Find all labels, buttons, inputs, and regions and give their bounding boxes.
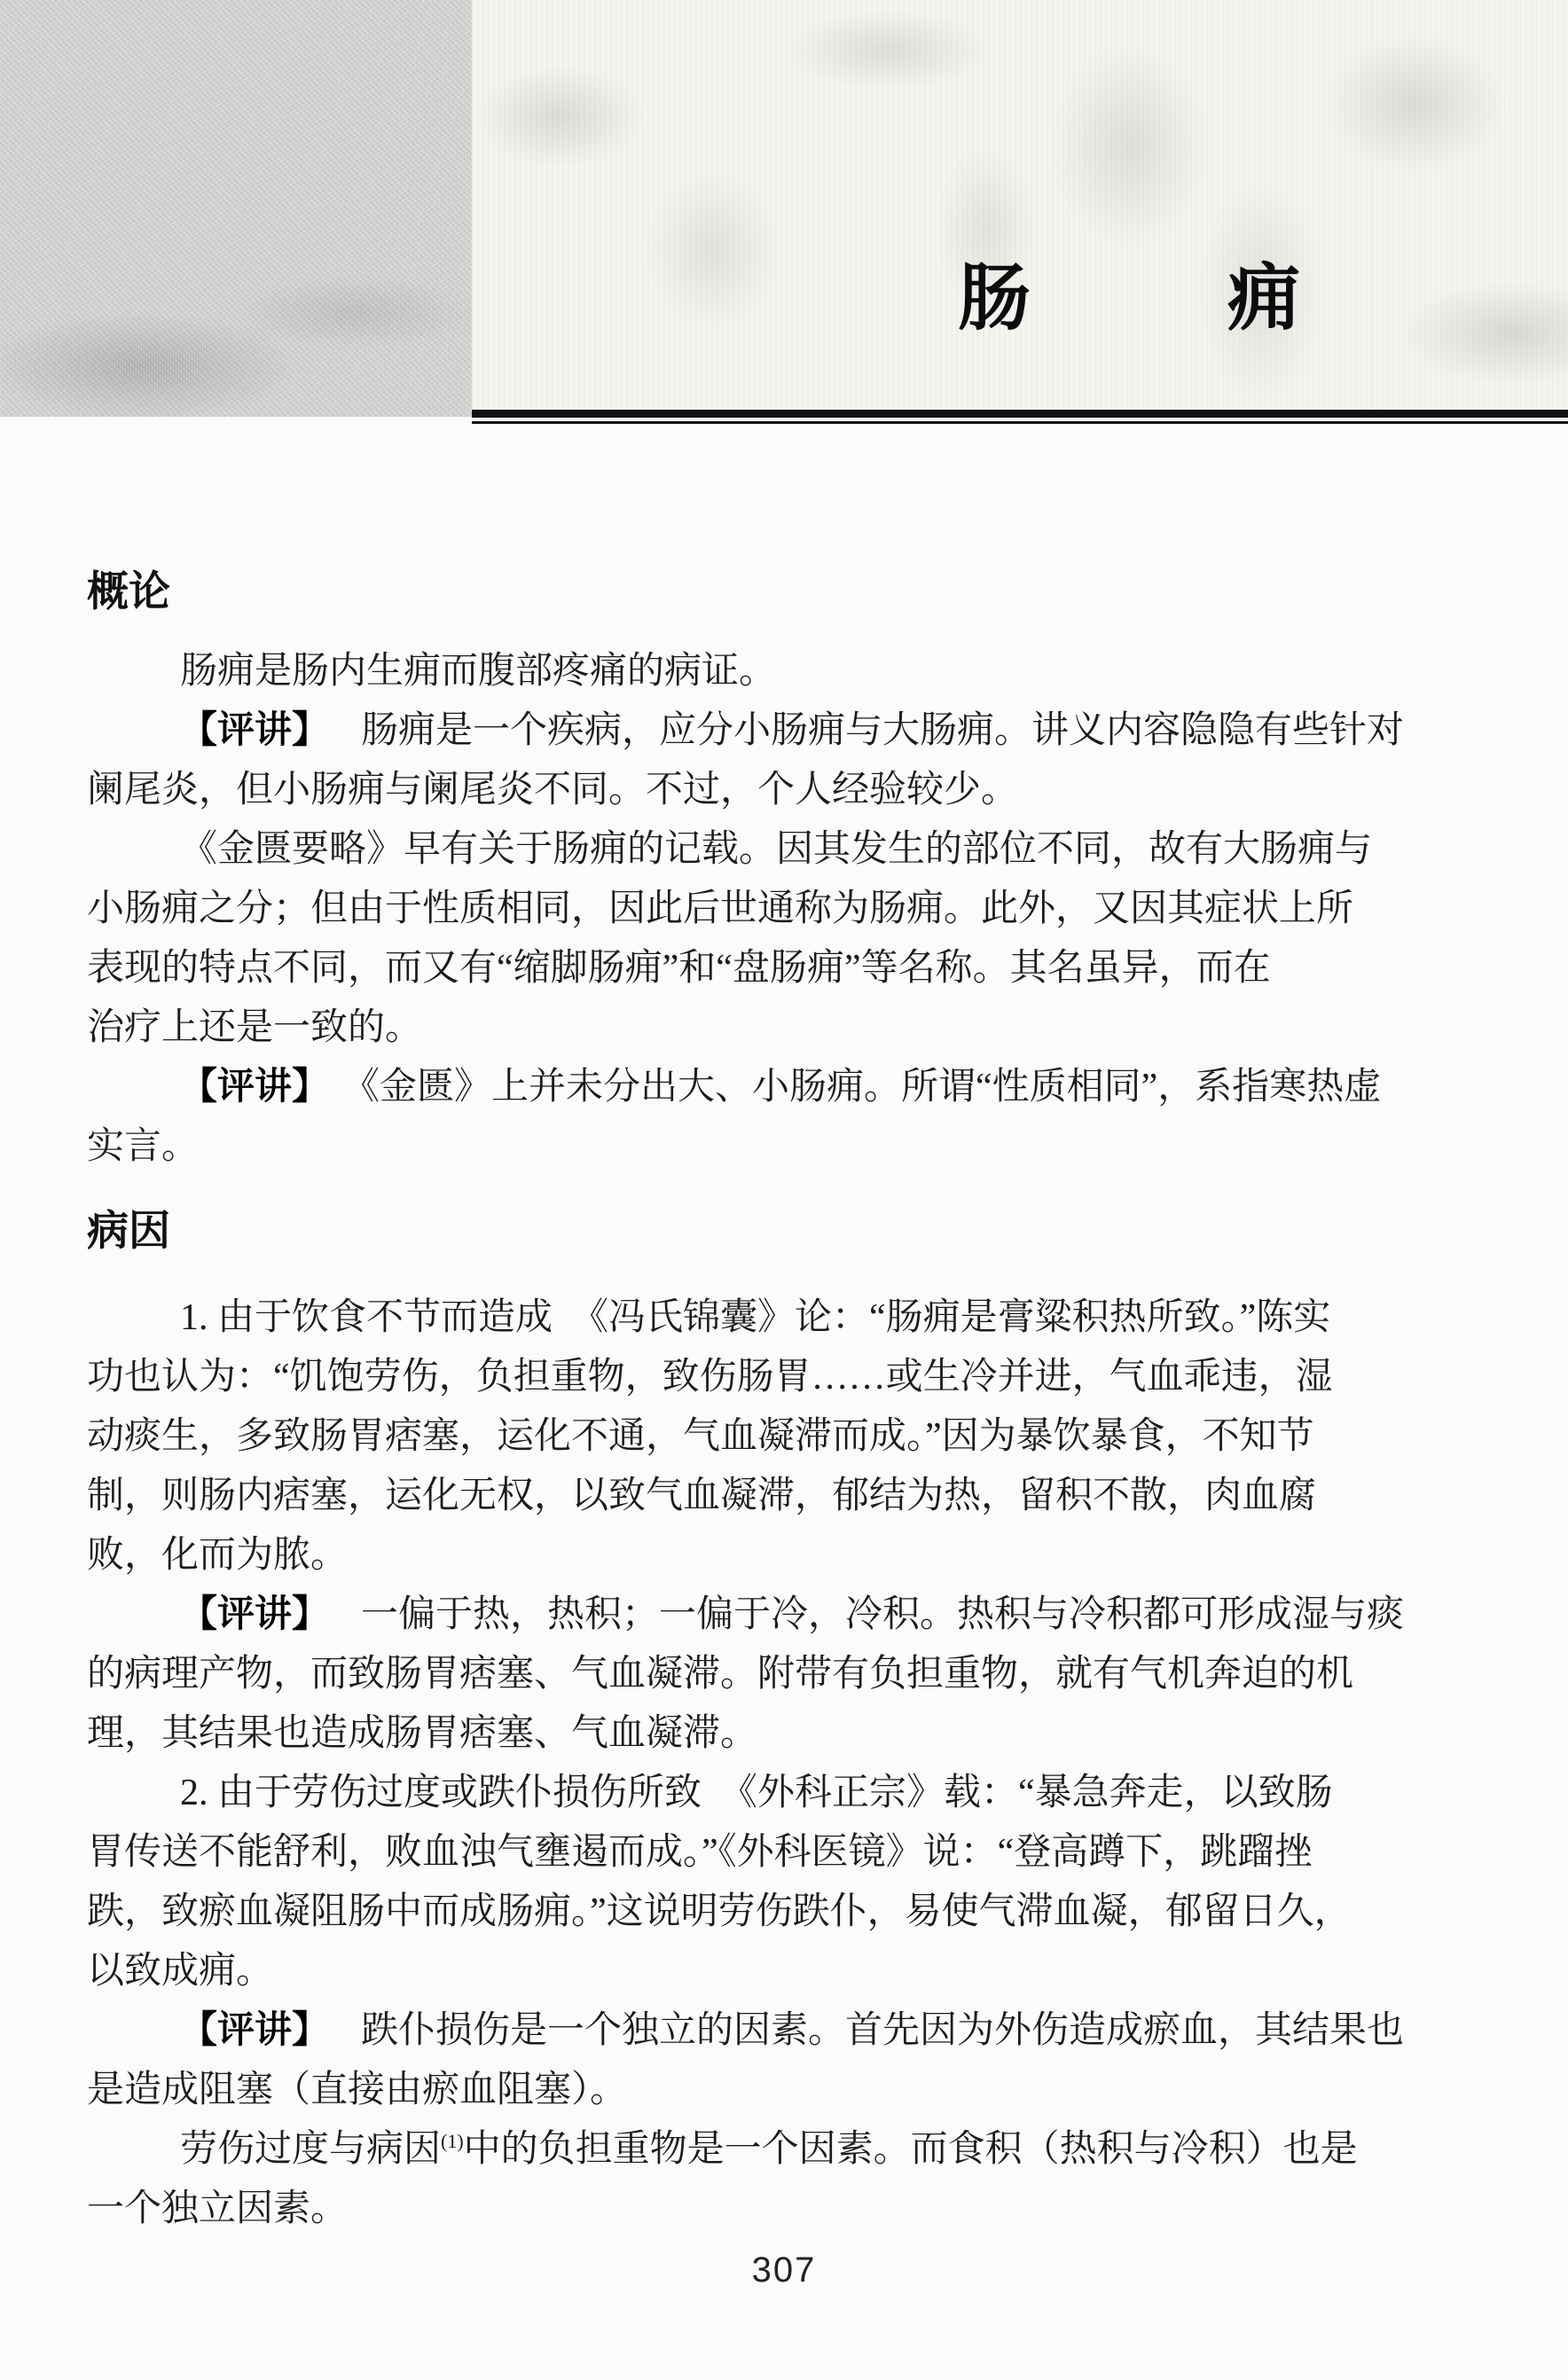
page-footer: 307 [0, 2251, 1568, 2290]
text-line-with-footnote: 劳伤过度与病因(1)中的负担重物是一个因素。而食积（热积与冷积）也是 [87, 2120, 1486, 2180]
commentary-line: 【评讲】《金匮》上并未分出大、小肠痈。所谓“性质相同”，系指寒热虚 [87, 1058, 1486, 1117]
text-line: 阑尾炎，但小肠痈与阑尾炎不同。不过，个人经验较少。 [87, 761, 1486, 820]
text-line: 1. 由于饮食不节而造成 《冯氏锦囊》论：“肠痈是膏粱积热所致。”陈实 [87, 1288, 1486, 1348]
text-line: 动痰生，多致肠胃痞塞，运化不通，气血凝滞而成。”因为暴饮暴食，不知节 [87, 1407, 1486, 1467]
footnote-ref: (1) [441, 2130, 464, 2152]
section-heading-etiology: 病因 [87, 1207, 1486, 1257]
text-line: 败，化而为脓。 [87, 1526, 1486, 1585]
text-line: 肠痈是肠内生痈而腹部疼痛的病证。 [87, 642, 1486, 701]
header-artwork: 肠 痈 [472, 0, 1568, 417]
text-segment: 中的负担重物是一个因素。而食积（热积与冷积）也是 [464, 2129, 1358, 2170]
commentary-label: 【评讲】 [180, 1594, 329, 1635]
commentary-text: 《金匮》上并未分出大、小肠痈。所谓“性质相同”，系指寒热虚 [361, 1067, 1381, 1108]
text-segment: 劳伤过度与病因 [180, 2129, 441, 2170]
commentary-line: 【评讲】一偏于热，热积；一偏于冷，冷积。热积与冷积都可形成湿与痰 [87, 1585, 1486, 1645]
text-line: 2. 由于劳伤过度或跌仆损伤所致 《外科正宗》载：“暴急奔走，以致肠 [87, 1764, 1486, 1823]
commentary-label: 【评讲】 [180, 710, 329, 751]
text-line: 的病理产物，而致肠胃痞塞、气血凝滞。附带有负担重物，就有气机奔迫的机 [87, 1645, 1486, 1704]
text-line: 功也认为：“饥饱劳伤，负担重物，致伤肠胃……或生冷并进，气血乖违，湿 [87, 1348, 1486, 1407]
commentary-text: 一偏于热，热积；一偏于冷，冷积。热积与冷积都可形成湿与痰 [361, 1594, 1404, 1635]
text-line: 胃传送不能舒利，败血浊气壅遏而成。”《外科医镜》说：“登高蹲下，跳蹓挫 [87, 1823, 1486, 1883]
rule-thick-line [472, 410, 1568, 418]
text-line: 治疗上还是一致的。 [87, 998, 1486, 1058]
text-line: 《金匮要略》早有关于肠痈的记载。因其发生的部位不同，故有大肠痈与 [87, 820, 1486, 880]
text-line: 是造成阻塞（直接由瘀血阻塞）。 [87, 2061, 1486, 2120]
rule-thin-line [472, 421, 1568, 424]
text-line: 表现的特点不同，而又有“缩脚肠痈”和“盘肠痈”等名称。其名虽异，而在 [87, 939, 1486, 998]
book-page: 肠 痈 概论 肠痈是肠内生痈而腹部疼痛的病证。 【评讲】肠痈是一个疾病，应分小肠… [0, 0, 1568, 2380]
text-line: 小肠痈之分；但由于性质相同，因此后世通称为肠痈。此外，又因其症状上所 [87, 880, 1486, 939]
header-texture-left [0, 0, 472, 417]
commentary-text: 肠痈是一个疾病，应分小肠痈与大肠痈。讲义内容隐隐有些针对 [361, 710, 1404, 751]
commentary-text: 跌仆损伤是一个独立的因素。首先因为外伤造成瘀血，其结果也 [361, 2010, 1404, 2051]
text-line: 实言。 [87, 1117, 1486, 1177]
chapter-header: 肠 痈 [0, 0, 1568, 417]
chapter-title-char-1: 肠 [958, 262, 1031, 335]
chapter-title-char-2: 痈 [1227, 262, 1300, 335]
commentary-label: 【评讲】 [180, 1067, 329, 1108]
commentary-line: 【评讲】肠痈是一个疾病，应分小肠痈与大肠痈。讲义内容隐隐有些针对 [87, 701, 1486, 761]
page-number: 307 [752, 2251, 817, 2290]
text-line: 理，其结果也造成肠胃痞塞、气血凝滞。 [87, 1704, 1486, 1764]
text-line: 跌，致瘀血凝阻肠中而成肠痈。”这说明劳伤跌仆，易使气滞血凝，郁留日久， [87, 1883, 1486, 1942]
section-heading-overview: 概论 [87, 568, 1486, 617]
page-body: 概论 肠痈是肠内生痈而腹部疼痛的病证。 【评讲】肠痈是一个疾病，应分小肠痈与大肠… [87, 568, 1486, 2239]
text-line: 以致成痈。 [87, 1942, 1486, 2001]
chapter-title: 肠 痈 [958, 262, 1300, 335]
header-double-rule [472, 410, 1568, 424]
commentary-line: 【评讲】跌仆损伤是一个独立的因素。首先因为外伤造成瘀血，其结果也 [87, 2001, 1486, 2061]
commentary-label: 【评讲】 [180, 2010, 329, 2051]
text-line: 一个独立因素。 [87, 2180, 1486, 2239]
text-line: 制，则肠内痞塞，运化无权，以致气血凝滞，郁结为热，留积不散，肉血腐 [87, 1467, 1486, 1526]
